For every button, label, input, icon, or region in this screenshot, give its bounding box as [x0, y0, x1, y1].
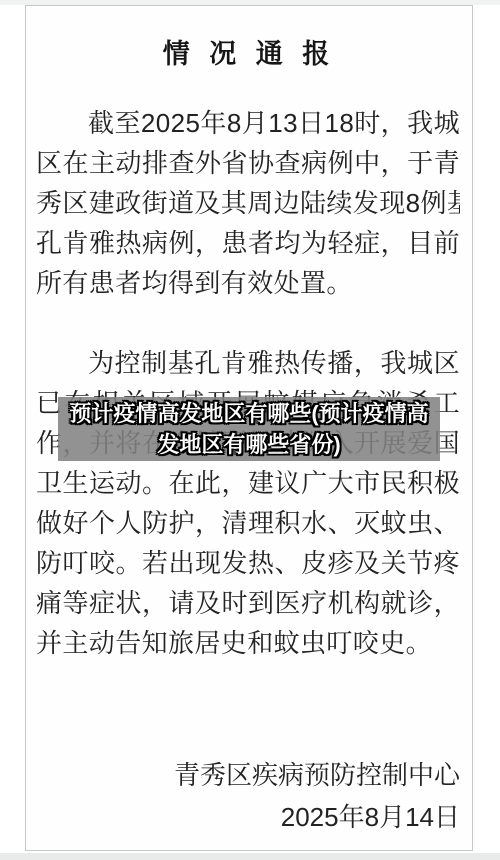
text-line: 防叮咬。若出现发热、皮疹及关节疼: [36, 543, 460, 583]
notice-title: 情 况 通 报: [26, 32, 472, 71]
watermark-overlay: 预计疫情高发地区有哪些(预计疫情高发地区有哪些省份): [58, 397, 440, 461]
text-line: 为控制基孔肯雅热传播，我城区: [36, 343, 460, 383]
text-line: 痛等症状，请及时到医疗机构就诊，: [36, 583, 460, 623]
text-line: 截至2025年8月13日18时，我城: [36, 103, 460, 143]
text-line: 做好个人防护，清理积水、灭蚊虫、: [36, 503, 460, 543]
text-line: 孔肯雅热病例，患者均为轻症，目前: [36, 223, 460, 263]
text-line: 并主动告知旅居史和蚊虫叮咬史。: [36, 623, 460, 663]
bottom-edge-strip: [0, 853, 500, 860]
text-line: 所有患者均得到有效处置。: [36, 263, 460, 303]
paragraph-2: 为控制基孔肯雅热传播，我城区已在相关区域开展蚊媒应急消杀工作，并将在全城区继续深…: [36, 343, 460, 663]
signature-block: 青秀区疾病预防控制中心 2025年8月14日: [174, 754, 460, 838]
text-line: 预计疫情高发地区有哪些(预计疫情高: [69, 398, 428, 429]
text-line: 区在主动排查外省协查病例中，于青: [36, 143, 460, 183]
text-line: 卫生运动。在此，建议广大市民积极: [36, 463, 460, 503]
text-line: 秀区建政街道及其周边陆续发现8例基: [36, 183, 460, 223]
notice-body: 截至2025年8月13日18时，我城区在主动排查外省协查病例中，于青秀区建政街道…: [36, 103, 460, 663]
signature-org: 青秀区疾病预防控制中心: [174, 754, 460, 796]
text-line: 发地区有哪些省份): [157, 429, 340, 460]
signature-date: 2025年8月14日: [174, 796, 460, 838]
paragraph-1: 截至2025年8月13日18时，我城区在主动排查外省协查病例中，于青秀区建政街道…: [36, 103, 460, 303]
